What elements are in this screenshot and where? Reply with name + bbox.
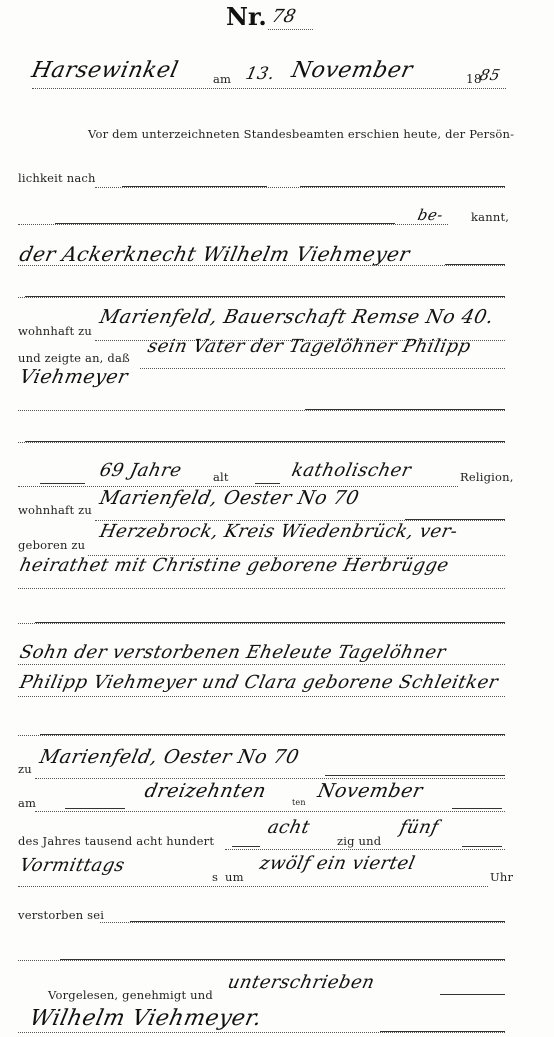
died-stroke xyxy=(130,921,505,922)
informant-residence: Marienfeld, Bauerschaft Remse No 40. xyxy=(98,306,496,328)
header-year-suffix: 85 xyxy=(478,66,502,84)
read-approved-label: Vorgelesen, genehmigt und xyxy=(48,988,213,1002)
deceased-residence-label: wohnhaft zu xyxy=(18,503,92,517)
blank-stroke-4 xyxy=(40,734,505,735)
death-date-line xyxy=(35,811,505,812)
informant-name: der Ackerknecht Wilhelm Viehmeyer xyxy=(17,242,412,266)
blank-stroke-2 xyxy=(25,441,505,442)
death-place-line xyxy=(35,778,505,779)
header-am-label: am xyxy=(213,72,231,86)
blank-line-5 xyxy=(18,960,505,961)
read-approved-stroke xyxy=(440,994,505,995)
read-approved-signed: unterschrieben xyxy=(226,972,377,993)
header-place: Harsewinkel xyxy=(29,58,180,83)
identity-stroke-2 xyxy=(300,186,505,187)
death-uhr-label: Uhr xyxy=(490,870,513,884)
intro-line-1: Vor dem unterzeichneten Standesbeamten e… xyxy=(88,127,514,141)
record-number-line xyxy=(268,29,313,30)
death-day: dreizehnten xyxy=(143,780,269,802)
died-label: verstorben sei xyxy=(18,908,104,922)
known-prefix: be- xyxy=(416,206,445,224)
reported-stroke-2 xyxy=(305,409,505,410)
reported-text-2: Viehmeyer xyxy=(18,366,130,388)
death-month-stroke xyxy=(452,808,502,809)
known-suffix: kannt, xyxy=(471,210,509,224)
blank-line-4 xyxy=(18,735,505,736)
blank-stroke-3 xyxy=(35,622,505,623)
death-year-tens: acht xyxy=(266,817,312,838)
married-to: heirathet mit Christine geborene Herbrüg… xyxy=(18,555,451,576)
death-record-page: Nr. 78 Harsewinkel am 13. November 18 85… xyxy=(0,0,554,1037)
born-label: geboren zu xyxy=(18,538,85,552)
known-line xyxy=(18,224,448,225)
reported-line-1 xyxy=(140,368,505,369)
blank-line-3 xyxy=(18,623,505,624)
reported-text-1: sein Vater der Tagelöhner Philipp xyxy=(146,336,473,357)
record-number-value: 78 xyxy=(270,6,298,27)
deceased-religion-label: Religion, xyxy=(460,470,514,484)
signature-stroke xyxy=(380,1031,505,1032)
blank-line-1 xyxy=(18,297,505,298)
age-stroke xyxy=(40,483,85,484)
header-line xyxy=(32,88,506,89)
parents-line-2 xyxy=(18,696,505,697)
death-year-line xyxy=(225,849,505,850)
death-month: November xyxy=(316,780,425,802)
religion-stroke xyxy=(255,483,280,484)
reported-line-2 xyxy=(18,410,505,411)
death-year-stroke-2 xyxy=(462,846,502,847)
deceased-age-label: alt xyxy=(213,470,229,484)
blank-stroke-1 xyxy=(25,296,505,297)
death-place: Marienfeld, Oester No 70 xyxy=(38,746,302,768)
known-stroke xyxy=(55,223,395,224)
header-day: 13. xyxy=(244,64,277,84)
reported-label: und zeigte an, daß xyxy=(18,351,130,365)
record-number-label: Nr. xyxy=(226,2,267,31)
death-year-stroke-1 xyxy=(232,846,260,847)
death-date-label: am xyxy=(18,796,36,810)
death-time-suffix: s xyxy=(212,870,218,884)
informant-signature: Wilhelm Viehmeyer. xyxy=(27,1006,264,1031)
informant-name-stroke xyxy=(445,264,505,265)
died-line xyxy=(100,922,505,923)
parents-text-1: Sohn der verstorbenen Eheleute Tagelöhne… xyxy=(18,642,448,663)
death-year-units: fünf xyxy=(398,817,441,838)
informant-name-line xyxy=(18,265,505,266)
death-month-label: ten xyxy=(292,798,306,807)
death-place-label: zu xyxy=(18,762,32,776)
intro-line-2-label: lichkeit nach xyxy=(18,171,96,185)
header-month: November xyxy=(289,58,415,83)
blank-stroke-5 xyxy=(60,959,505,960)
identity-line xyxy=(95,187,505,188)
death-place-stroke xyxy=(325,775,505,776)
parents-line-1 xyxy=(18,664,505,665)
informant-residence-label: wohnhaft zu xyxy=(18,324,92,338)
death-time-line xyxy=(18,886,488,887)
born-place: Herzebrock, Kreis Wiedenbrück, ver- xyxy=(98,521,460,542)
deceased-residence: Marienfeld, Oester No 70 xyxy=(98,487,362,509)
death-hour: zwölf ein viertel xyxy=(258,853,417,874)
blank-line-2 xyxy=(18,442,505,443)
death-time-of-day: Vormittags xyxy=(18,855,127,876)
death-date-stroke xyxy=(65,808,125,809)
death-year-label: des Jahres tausend acht hundert xyxy=(18,834,214,848)
deceased-religion: katholischer xyxy=(290,460,413,481)
married-line xyxy=(18,588,505,589)
parents-text-2: Philipp Viehmeyer und Clara geborene Sch… xyxy=(18,672,500,693)
signature-line xyxy=(18,1032,505,1033)
death-year-label-2: zig und xyxy=(337,834,381,848)
death-hour-label: um xyxy=(225,870,244,884)
identity-stroke-1 xyxy=(122,186,267,187)
deceased-residence-stroke xyxy=(405,519,505,520)
deceased-age: 69 Jahre xyxy=(98,460,184,481)
